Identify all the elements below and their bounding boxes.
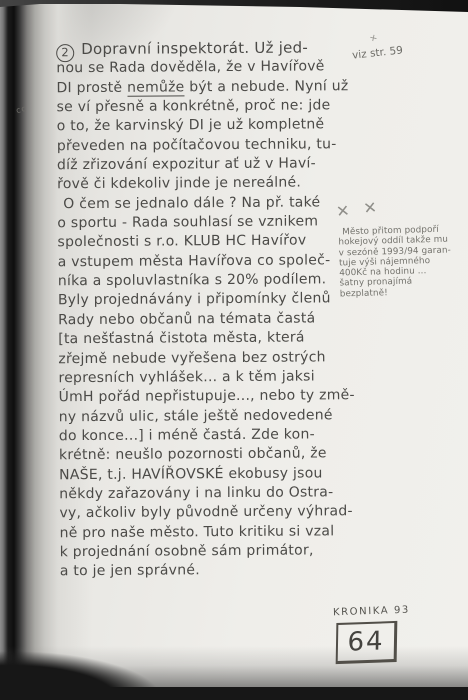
page-number-box: 64 [336,621,398,664]
text-line: [ta nešťastná čistota města, která [58,328,408,350]
text-line: ÚmH pořád nepřistupuje..., nebo ty změ- [59,386,409,408]
margin-note-line: bezplatně! [340,286,452,299]
text-line: do konce...] i méně častá. Zde kon- [59,425,409,447]
text-line: nou se Rada dověděla, že v Havířově [56,57,406,79]
text-line: krétně: neušlo pozornosti občanů, že [59,444,409,466]
underlined-word: nemůže [127,79,185,96]
text-line: řově či kdekoliv jinde je nereálné. [57,173,407,195]
text-line: ně pro naše město. Tuto kritiku si vzal [59,521,409,543]
margin-annotation: Město přitom podpoří hokejový oddíl takž… [338,225,452,300]
text-line: Rady nebo občanů na témata častá [58,309,408,331]
text-line: 2Dopravní inspektorát. Už jed- [56,38,406,60]
text-line: a to je jen správné. [60,560,410,582]
page-number: 64 [347,626,385,657]
text-line: převeden na počítačovou techniku, tu- [57,135,407,157]
page-curl-shadow [0,622,290,700]
text-line-segment: DI prostě [56,79,127,95]
text-line: díž zřizování expozitur ať už v Haví- [57,154,407,176]
scanned-chronicle-page: cc + viz str. 59 2Dopravní inspektorát. … [0,0,468,700]
text-line: někdy zařazovány i na linku do Ostra- [59,483,409,505]
text-line: k projednání osobně sám primátor, [60,541,410,563]
text-line: DI prostě nemůže být a nebude. Nyní už [56,76,406,98]
scan-top-edge [0,0,468,12]
text-line: se ví přesně a konkrétně, proč ne: jde [57,96,407,118]
binding-mark: cc [15,104,28,115]
text-line: represních vyhlášek... a k těm jaksi [58,367,408,389]
chronicle-entry-text: 2Dopravní inspektorát. Už jed- nou se Ra… [56,38,410,582]
scan-bottom-edge [0,687,468,700]
text-line-segment: Dopravní inspektorát. Už jed- [81,38,308,58]
text-line: o to, že karvinský DI je už kompletně [57,115,407,137]
text-line-segment: být a nebude. Nyní už [184,78,348,95]
page-bottom-shadow [0,635,468,690]
text-line: vy, ačkoliv byly původně určeny výhrad- [59,502,409,524]
text-line: zřejmě nebude vyřešena bez ostrých [58,347,408,369]
text-line: ny názvů ulic, stále ještě nedovedené [59,405,409,427]
text-line: NAŠE, t.j. HAVÍŘOVSKÉ ekobusy jsou [59,463,409,485]
chronicle-stamp: KRONIKA 93 [333,605,410,619]
